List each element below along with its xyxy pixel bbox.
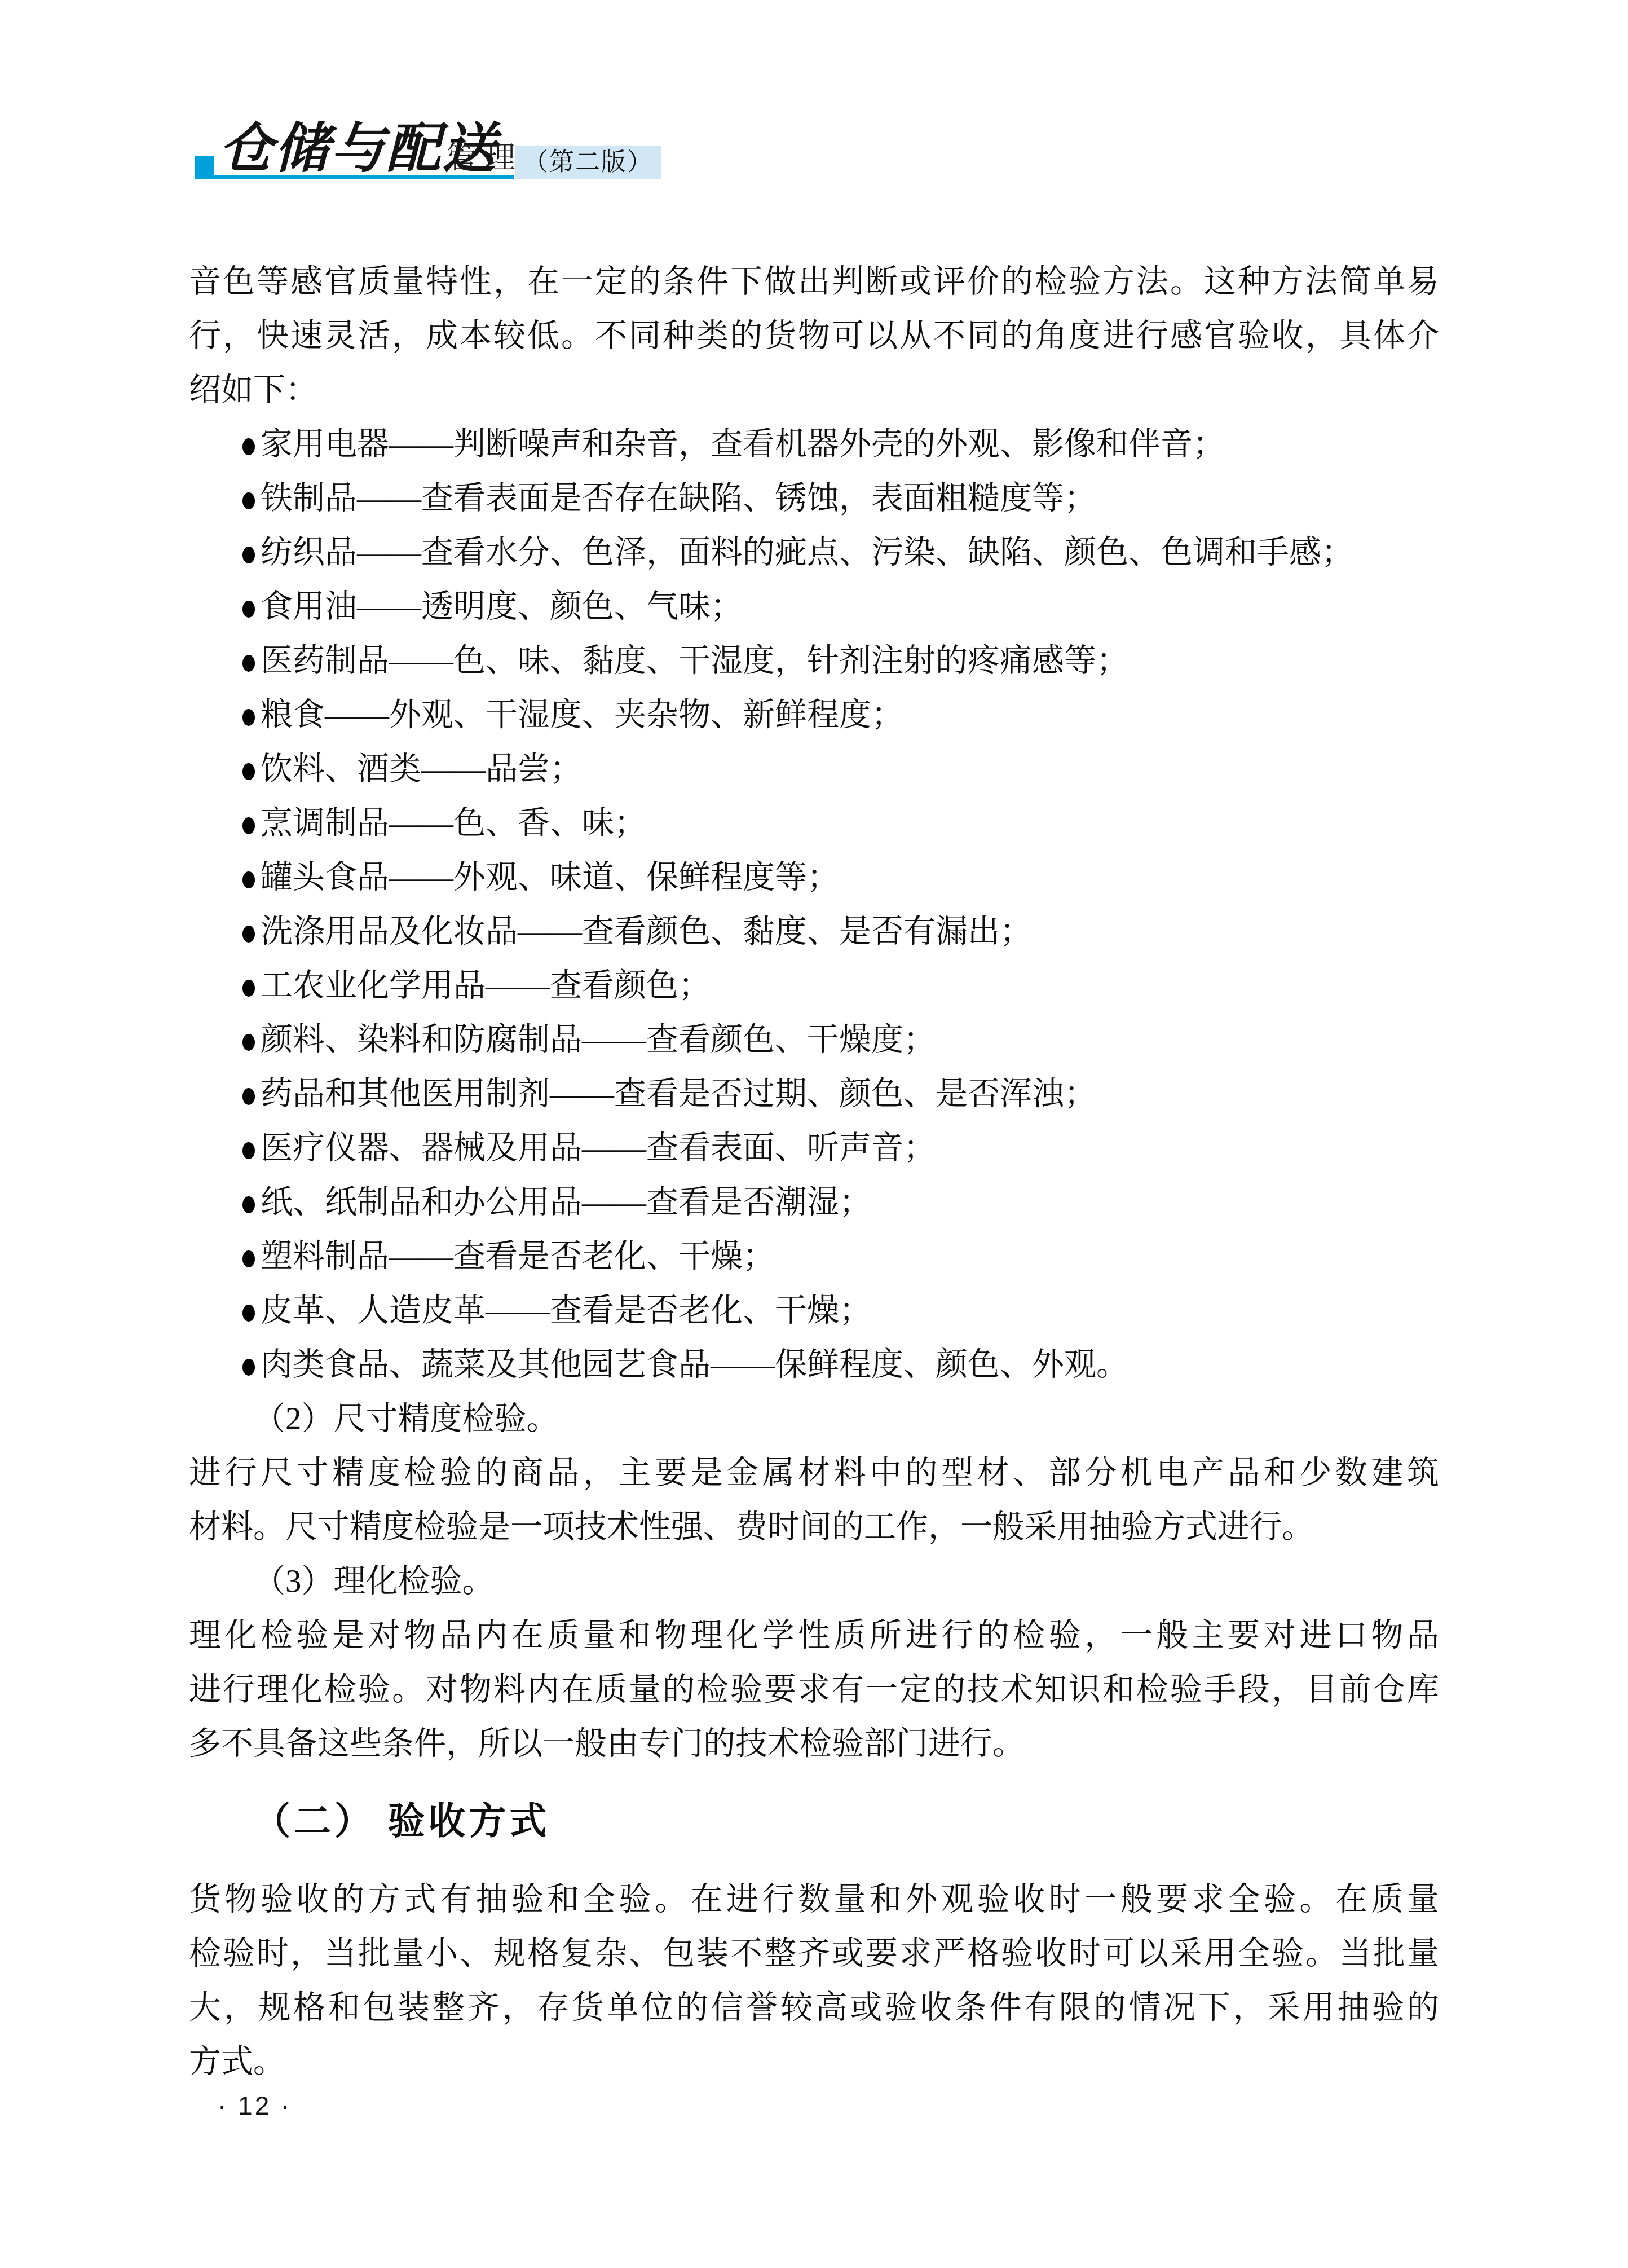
list-item-text: 皮革、人造皮革——查看是否老化、干燥； <box>261 1293 871 1328</box>
list-item-text: 家用电器——判断噪声和杂音，查看机器外壳的外观、影像和伴音； <box>261 426 1225 462</box>
bullet-dot-icon <box>242 980 255 997</box>
text-line: 进行尺寸精度检验的商品，主要是金属材料中的型材、部分机电产品和少数建筑 <box>189 1446 1439 1500</box>
text-line: 材料。尺寸精度检验是一项技术性强、费时间的工作，一般采用抽验方式进行。 <box>189 1500 1439 1554</box>
list-item-text: 塑料制品——查看是否老化、干燥； <box>261 1239 775 1274</box>
page-body: 音色等感官质量特性，在一定的条件下做出判断或评价的检验方法。这种方法简单易 行，… <box>189 255 1439 2089</box>
list-item-text: 粮食——外观、干湿度、夹杂物、新鲜程度； <box>261 697 903 733</box>
text-line: 行，快速灵活，成本较低。不同种类的货物可以从不同的角度进行感官验收，具体介 <box>189 309 1439 363</box>
text-line: 方式。 <box>189 2035 1439 2089</box>
list-item: 粮食——外观、干湿度、夹杂物、新鲜程度； <box>189 688 1439 742</box>
list-item-text: 药品和其他医用制剂——查看是否过期、颜色、是否浑浊； <box>261 1076 1096 1112</box>
paragraph-dimension-inspection: 进行尺寸精度检验的商品，主要是金属材料中的型材、部分机电产品和少数建筑 材料。尺… <box>189 1446 1439 1554</box>
bullet-dot-icon <box>242 1305 255 1322</box>
text-line: 货物验收的方式有抽验和全验。在进行数量和外观验收时一般要求全验。在质量 <box>189 1873 1439 1927</box>
list-item-text: 食用油——透明度、颜色、气味； <box>261 589 743 624</box>
text-line: 大，规格和包装整齐，存货单位的信誉较高或验收条件有限的情况下，采用抽验的 <box>189 1981 1439 2035</box>
list-item: 皮革、人造皮革——查看是否老化、干燥； <box>189 1284 1439 1338</box>
bullet-dot-icon <box>242 1142 255 1159</box>
list-item: 肉类食品、蔬菜及其他园艺食品——保鲜程度、颜色、外观。 <box>189 1338 1439 1392</box>
list-item-text: 烹调制品——色、香、味； <box>261 805 646 841</box>
list-item-text: 颜料、染料和防腐制品——查看颜色、干燥度； <box>261 1022 936 1058</box>
list-item: 颜料、染料和防腐制品——查看颜色、干燥度； <box>189 1013 1439 1067</box>
list-item: 罐头食品——外观、味道、保鲜程度等； <box>189 851 1439 905</box>
bullet-dot-icon <box>242 1196 255 1213</box>
section-heading-acceptance-methods: （二） 验收方式 <box>189 1794 1439 1850</box>
list-item: 烹调制品——色、香、味； <box>189 796 1439 851</box>
list-item: 工农业化学用品——查看颜色； <box>189 959 1439 1013</box>
bullet-dot-icon <box>242 1359 255 1376</box>
bullet-dot-icon <box>242 926 255 943</box>
book-title-suffix: 管理 <box>447 141 523 175</box>
list-item: 铁制品——查看表面是否存在缺陷、锈蚀，表面粗糙度等； <box>189 472 1439 526</box>
numbered-item-3-heading: （3）理化检验。 <box>189 1554 1439 1609</box>
list-item-text: 肉类食品、蔬菜及其他园艺食品——保鲜程度、颜色、外观。 <box>261 1347 1128 1382</box>
bullet-dot-icon <box>242 871 255 888</box>
text-line: 进行理化检验。对物料内在质量的检验要求有一定的技术知识和检验手段，目前仓库 <box>189 1663 1439 1717</box>
paragraph-sensory-intro: 音色等感官质量特性，在一定的条件下做出判断或评价的检验方法。这种方法简单易 行，… <box>189 255 1439 417</box>
list-item: 药品和其他医用制剂——查看是否过期、颜色、是否浑浊； <box>189 1067 1439 1121</box>
bullet-dot-icon <box>242 1034 255 1051</box>
list-item: 纸、纸制品和办公用品——查看是否潮湿； <box>189 1175 1439 1230</box>
list-item-text: 纺织品——查看水分、色泽，面料的疵点、污染、缺陷、颜色、色调和手感； <box>261 535 1353 570</box>
list-item: 洗涤用品及化妆品——查看颜色、黏度、是否有漏出； <box>189 905 1439 959</box>
numbered-item-2-heading: （2）尺寸精度检验。 <box>189 1392 1439 1446</box>
text-line: 理化检验是对物品内在质量和物理化学性质所进行的检验，一般主要对进口物品 <box>189 1609 1439 1663</box>
list-item: 家用电器——判断噪声和杂音，查看机器外壳的外观、影像和伴音； <box>189 417 1439 472</box>
text-line: 多不具备这些条件，所以一般由专门的技术检验部门进行。 <box>189 1717 1439 1771</box>
page-number: · 12 · <box>218 2090 292 2121</box>
list-item: 塑料制品——查看是否老化、干燥； <box>189 1230 1439 1284</box>
bullet-dot-icon <box>242 492 255 509</box>
header-accent-square-icon <box>195 156 214 175</box>
list-item-text: 罐头食品——外观、味道、保鲜程度等； <box>261 860 839 895</box>
edition-badge: （第二版） <box>515 146 661 179</box>
list-item: 食用油——透明度、颜色、气味； <box>189 580 1439 634</box>
bullet-dot-icon <box>242 655 255 672</box>
list-item-text: 饮料、酒类——品尝； <box>261 751 582 787</box>
bullet-dot-icon <box>242 547 255 563</box>
bullet-dot-icon <box>242 438 255 455</box>
bullet-dot-icon <box>242 601 255 618</box>
list-item: 医药制品——色、味、黏度、干湿度，针剂注射的疼痛感等； <box>189 634 1439 688</box>
list-item-text: 医疗仪器、器械及用品——查看表面、听声音； <box>261 1130 936 1166</box>
bullet-dot-icon <box>242 763 255 780</box>
bullet-dot-icon <box>242 709 255 726</box>
bullet-dot-icon <box>242 817 255 834</box>
list-item-text: 铁制品——查看表面是否存在缺陷、锈蚀，表面粗糙度等； <box>261 481 1096 516</box>
paragraph-physicochemical-inspection: 理化检验是对物品内在质量和物理化学性质所进行的检验，一般主要对进口物品 进行理化… <box>189 1609 1439 1771</box>
list-item-text: 工农业化学用品——查看颜色； <box>261 968 711 1003</box>
list-item-text: 纸、纸制品和办公用品——查看是否潮湿； <box>261 1184 871 1220</box>
bullet-dot-icon <box>242 1250 255 1267</box>
sensory-check-bullet-list: 家用电器——判断噪声和杂音，查看机器外壳的外观、影像和伴音； 铁制品——查看表面… <box>189 417 1439 1392</box>
list-item: 纺织品——查看水分、色泽，面料的疵点、污染、缺陷、颜色、色调和手感； <box>189 526 1439 580</box>
list-item: 医疗仪器、器械及用品——查看表面、听声音； <box>189 1121 1439 1175</box>
list-item-text: 洗涤用品及化妆品——查看颜色、黏度、是否有漏出； <box>261 914 1032 949</box>
text-line: 绍如下： <box>189 363 1439 417</box>
text-line: 音色等感官质量特性，在一定的条件下做出判断或评价的检验方法。这种方法简单易 <box>189 255 1439 309</box>
list-item: 饮料、酒类——品尝； <box>189 742 1439 796</box>
text-line: 检验时，当批量小、规格复杂、包装不整齐或要求严格验收时可以采用全验。当批量 <box>189 1927 1439 1981</box>
bullet-dot-icon <box>242 1088 255 1105</box>
list-item-text: 医药制品——色、味、黏度、干湿度，针剂注射的疼痛感等； <box>261 643 1128 679</box>
paragraph-acceptance-methods: 货物验收的方式有抽验和全验。在进行数量和外观验收时一般要求全验。在质量 检验时，… <box>189 1873 1439 2089</box>
